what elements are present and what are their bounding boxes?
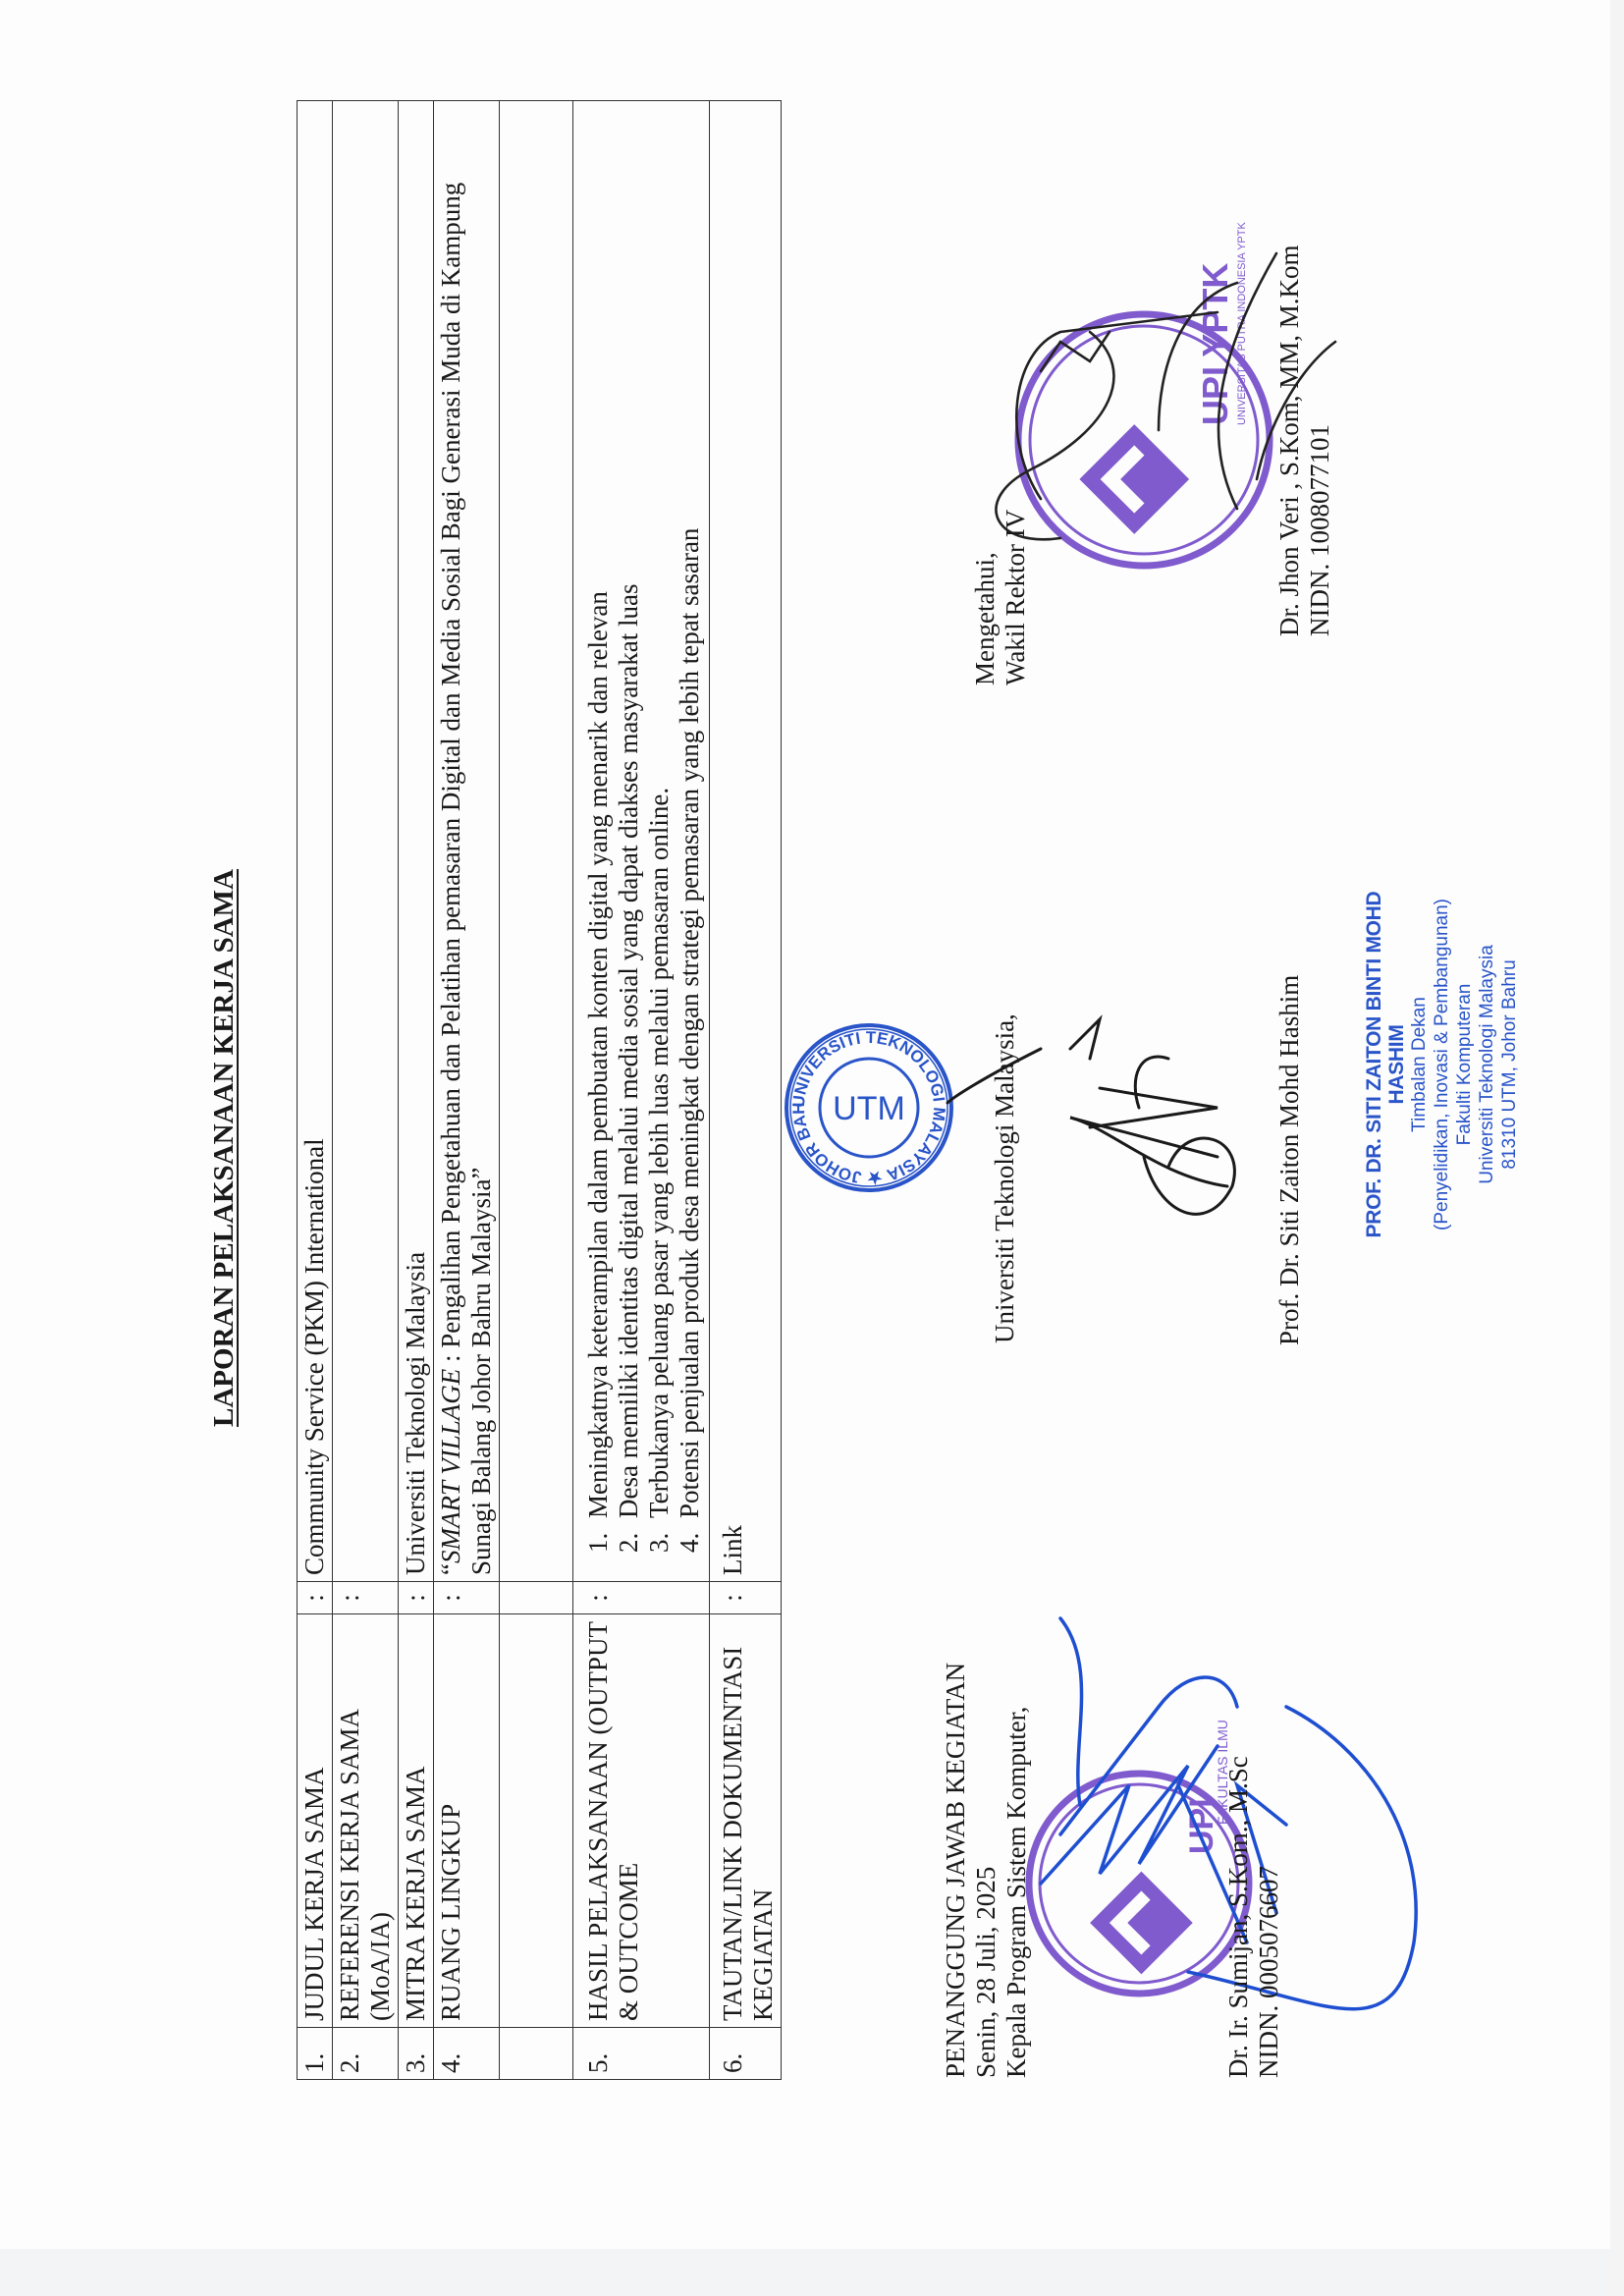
empty-cell <box>500 2028 573 2080</box>
row-number: 1. <box>298 2028 333 2080</box>
scan-border-bottom <box>0 2249 1624 2296</box>
table-row: 1. JUDUL KERJA SAMA : Community Service … <box>298 101 333 2080</box>
stamp-line: Fakulti Komputeran <box>1453 858 1476 1271</box>
signer-nidn: NIDN. 0005076607 <box>1254 1756 1284 2078</box>
stamp-line: (Penyelidikan, Inovasi & Pembangunan) <box>1431 858 1453 1271</box>
svg-text:UNIVERSITI TEKNOLOGI MALAYSIA: UNIVERSITI TEKNOLOGI MALAYSIA ★ JOHOR BA… <box>789 1028 949 1188</box>
table-row-empty <box>500 101 573 2080</box>
empty-cell <box>500 1582 573 1614</box>
responsible-heading: PENANGGUNG JAWAB KEGIATAN <box>941 1663 971 2078</box>
row-value: Universiti Teknologi Malaysia <box>399 101 434 1582</box>
signer-right: Dr. Jhon Veri , S.Kom, MM, M.Kom NIDN. 1… <box>1274 245 1335 636</box>
report-table: 1. JUDUL KERJA SAMA : Community Service … <box>297 100 782 2080</box>
stamp-name: PROF. DR. SITI ZAITON BINTI MOHD HASHIM <box>1363 858 1408 1271</box>
row-colon: : <box>573 1582 710 1614</box>
signature-block-left: PENANGGUNG JAWAB KEGIATAN Senin, 28 Juli… <box>941 1663 1032 2078</box>
upi-yptk-stamp-right: UPI YPTK UNIVERSITAS PUTRA INDONESIA YPT… <box>1018 222 1270 566</box>
row-label: RUANG LINGKUP <box>434 1614 500 2028</box>
row-label: TAUTAN/LINK DOKUMENTASI KEGIATAN <box>710 1614 782 2028</box>
rotated-document-sheet: LAPORAN PELAKSANAAN KERJA SAMA 1. JUDUL … <box>0 0 1624 2296</box>
official-name-stamp: PROF. DR. SITI ZAITON BINTI MOHD HASHIM … <box>1363 858 1521 1271</box>
signature-block-middle: Universiti Teknologi Malaysia, <box>990 1013 1020 1343</box>
outcome-item: Meningkatnya keterampilan dalam pembuata… <box>583 107 614 1526</box>
signer-institution: Universiti Teknologi Malaysia, <box>990 1013 1020 1343</box>
signer-name: Dr. Jhon Veri , S.Kom, MM, M.Kom <box>1274 245 1305 636</box>
signature-block-right: Mengetahui, Wakil Rektor IV <box>970 510 1031 685</box>
outcome-item: Terbukanya peluang pasar yang lebih luas… <box>644 107 675 1526</box>
row-colon: : <box>333 1582 399 1614</box>
utm-stamp-center: UTM <box>833 1090 905 1127</box>
row-value <box>333 101 399 1582</box>
row-label: REFERENSI KERJA SAMA (MoA/IA) <box>333 1614 399 2028</box>
row-number: 6. <box>710 2028 782 2080</box>
outcome-item: Desa memiliki identitas digital melalui … <box>614 107 644 1526</box>
open-quote: “ <box>436 1563 465 1575</box>
table-row: 2. REFERENSI KERJA SAMA (MoA/IA) : <box>333 101 399 2080</box>
row-label: MITRA KERJA SAMA <box>399 1614 434 2028</box>
signer-role: Kepala Program Sistem Komputer, <box>1001 1663 1032 2078</box>
signer-left: Dr. Ir. Sumijan, S.Kom., M.Sc NIDN. 0005… <box>1223 1756 1284 2078</box>
row-colon: : <box>434 1582 500 1614</box>
row-number: 4. <box>434 2028 500 2080</box>
stamp-left-label: UPI <box>1183 1798 1220 1854</box>
stamp-right-sublabel: UNIVERSITAS PUTRA INDONESIA YPTK <box>1236 222 1248 425</box>
row-number: 3. <box>399 2028 434 2080</box>
table-row: 4. RUANG LINGKUP : “SMART VILLAGE : Peng… <box>434 101 500 2080</box>
utm-stamp: UNIVERSITI TEKNOLOGI MALAYSIA ★ JOHOR BA… <box>786 1025 951 1190</box>
stamp-line: Universiti Teknologi Malaysia <box>1476 858 1498 1271</box>
stamp-line: 81310 UTM, Johor Bahru <box>1498 858 1521 1271</box>
row-label: HASIL PELAKSANAAN (OUTPUT & OUTCOME <box>573 1614 710 2028</box>
documentation-link[interactable]: Link <box>710 101 782 1582</box>
signer-middle: Prof. Dr. Siti Zaiton Mohd Hashim <box>1274 975 1305 1345</box>
upi-yptk-stamp-left: UPI FAKULTAS ILMU <box>1029 1720 1249 1994</box>
stamp-right-label: UPI YPTK <box>1195 263 1235 425</box>
table-row: 5. HASIL PELAKSANAAN (OUTPUT & OUTCOME :… <box>573 101 710 2080</box>
empty-cell <box>500 1614 573 2028</box>
signer-name: Dr. Ir. Sumijan, S.Kom., M.Sc <box>1223 1756 1254 2078</box>
table-row: 3. MITRA KERJA SAMA : Universiti Teknolo… <box>399 101 434 2080</box>
empty-cell <box>500 101 573 1582</box>
scope-description: : Pengalihan Pengetahuan dan Pelatihan p… <box>436 183 496 1575</box>
outcomes-cell: Meningkatnya keterampilan dalam pembuata… <box>573 101 710 1582</box>
row-number: 5. <box>573 2028 710 2080</box>
row-colon: : <box>399 1582 434 1614</box>
acknowledged-heading: Mengetahui, <box>970 510 1001 685</box>
table-row: 6. TAUTAN/LINK DOKUMENTASI KEGIATAN : Li… <box>710 101 782 2080</box>
row-number: 2. <box>333 2028 399 2080</box>
utm-stamp-ring-text: UNIVERSITI TEKNOLOGI MALAYSIA ★ JOHOR BA… <box>789 1028 949 1188</box>
signer-nidn: NIDN. 1008077101 <box>1305 245 1335 636</box>
outcome-item: Potensi penjualan produk desa meningkat … <box>675 107 705 1526</box>
stamp-line: Timbalan Dekan <box>1408 858 1431 1271</box>
outcomes-list: Meningkatnya keterampilan dalam pembuata… <box>583 107 705 1575</box>
row-value: Community Service (PKM) International <box>298 101 333 1582</box>
row-value: “SMART VILLAGE : Pengalihan Pengetahuan … <box>434 101 500 1582</box>
row-colon: : <box>710 1582 782 1614</box>
signature-date: Senin, 28 Juli, 2025 <box>971 1663 1001 2078</box>
scope-title-italic: SMART VILLAGE <box>436 1369 465 1563</box>
signer-name: Prof. Dr. Siti Zaiton Mohd Hashim <box>1274 975 1305 1345</box>
scan-border-right <box>1610 0 1624 2296</box>
signer-role: Wakil Rektor IV <box>1001 510 1031 685</box>
row-label: JUDUL KERJA SAMA <box>298 1614 333 2028</box>
document-title: LAPORAN PELAKSANAAN KERJA SAMA <box>208 0 241 2296</box>
row-colon: : <box>298 1582 333 1614</box>
scanned-page: LAPORAN PELAKSANAAN KERJA SAMA 1. JUDUL … <box>0 0 1624 2296</box>
